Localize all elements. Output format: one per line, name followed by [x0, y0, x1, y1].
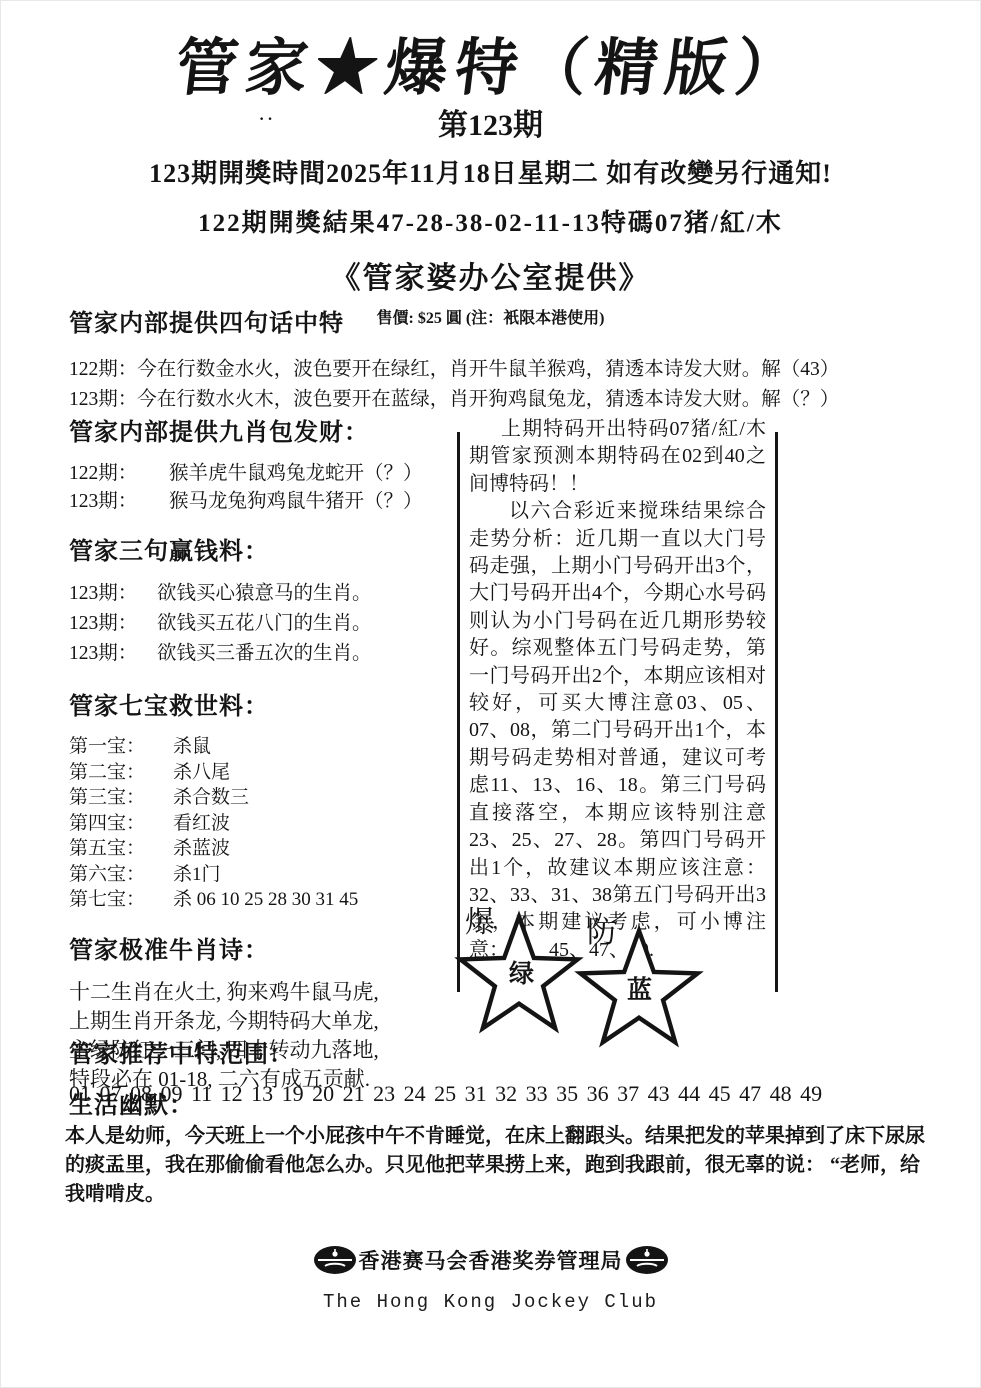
org-name: 香港赛马会香港奖券管理局 [359, 1245, 623, 1275]
three-win-row: 123期： 欲钱买三番五次的生肖。 [69, 639, 459, 669]
period-label: 123期： [69, 579, 157, 609]
issue-number: 第123期 [1, 109, 980, 143]
jockey-club-logo-right-icon [624, 1243, 670, 1277]
section-recommend-range: 管家推荐中特范围： 01 07 08 09 11 12 13 19 20 21 … [69, 1034, 949, 1107]
page-title: 管家★爆特（精版） [0, 29, 981, 109]
treasure-value: 杀合数三 [173, 785, 249, 811]
analysis-paragraph: 上期特码开出特码07猪/紅/木期管家预测本期特码在02到40之间博特码！！ [469, 416, 766, 498]
star-inner-label: 绿 [509, 962, 534, 987]
treasure-value: 杀1门 [173, 862, 221, 888]
period-label: 123期： [69, 488, 169, 516]
seven-treasure-heading: 管家七宝救世料： [69, 686, 459, 721]
draw-time-line: 123期開獎時間2025年11月18日星期二 如有改變另行通知! [1, 153, 980, 190]
nine-zodiac-heading: 管家内部提供九肖包发财： [69, 412, 459, 447]
period-label: 123期： [69, 609, 157, 639]
nine-zodiac-row: 122期： 猴羊虎牛鼠鸡兔龙蛇开（？） [69, 460, 459, 488]
club-english-name: The Hong Kong Jockey Club [1, 1291, 980, 1313]
treasure-value: 杀鼠 [173, 734, 211, 760]
poem-line: 十二生肖在火土, 狗来鸡牛鼠马虎, [69, 978, 459, 1007]
last-result-line: 122期開獎結果47-28-38-02-11-13特碼07猪/紅/木 [1, 203, 980, 239]
star-outer-label: 防 [587, 918, 617, 948]
treasure-value: 杀蓝波 [173, 836, 230, 862]
poem-line: 上期生肖开条龙, 今期特码大单龙, [69, 1007, 459, 1036]
left-column: 管家内部提供九肖包发财： 122期： 猴羊虎牛鼠鸡兔龙蛇开（？） 123期： 猴… [69, 412, 459, 1094]
tip-text: 欲钱买三番五次的生肖。 [157, 639, 372, 669]
humor-heading: 生活幽默： [69, 1085, 194, 1120]
period-label: 122期： [69, 460, 169, 488]
treasure-row: 第四宝： 看红波 [69, 811, 459, 837]
jockey-club-logo-left-icon [312, 1243, 358, 1277]
header: 管家★爆特（精版） 第123期 123期開獎時間2025年11月18日星期二 如… [1, 1, 980, 328]
treasure-value: 杀 06 10 25 28 30 31 45 [173, 887, 358, 913]
section-three-win: 管家三句赢钱料： 123期： 欲钱买心猿意马的生肖。 123期： 欲钱买五花八门… [69, 531, 459, 669]
three-win-heading: 管家三句赢钱料： [69, 531, 459, 566]
treasure-row: 第七宝： 杀 06 10 25 28 30 31 45 [69, 887, 459, 913]
treasure-label: 第五宝： [69, 836, 173, 862]
section-four-sentence: 管家内部提供四句话中特 122期：今在行数金水火，波色要开在绿红，肖开牛鼠羊猴鸡… [69, 303, 944, 415]
three-win-row: 123期： 欲钱买五花八门的生肖。 [69, 609, 459, 639]
analysis-column: 上期特码开出特码07猪/紅/木期管家预测本期特码在02到40之间博特码！！ 以六… [457, 414, 778, 1064]
analysis-paragraph: 以六合彩近来搅珠结果综合走势分析：近几期一直以大门号码走强，上期小门号码开出3个… [469, 498, 766, 964]
treasure-label: 第六宝： [69, 862, 173, 888]
treasure-label: 第二宝： [69, 760, 173, 786]
treasure-label: 第一宝： [69, 734, 173, 760]
treasure-label: 第三宝： [69, 785, 173, 811]
treasure-row: 第一宝： 杀鼠 [69, 734, 459, 760]
four-sentence-heading: 管家内部提供四句话中特 [69, 303, 944, 338]
zodiac-list: 猴马龙兔狗鸡鼠牛猪开（？） [169, 488, 423, 516]
treasure-row: 第二宝： 杀八尾 [69, 760, 459, 786]
treasure-row: 第三宝： 杀合数三 [69, 785, 459, 811]
star-inner-label: 蓝 [627, 978, 652, 1003]
ink-dots: ·· [259, 111, 276, 129]
provider-line: 《管家婆办公室提供》 [1, 253, 980, 297]
treasure-label: 第四宝： [69, 811, 173, 837]
nine-zodiac-row: 123期： 猴马龙兔狗鸡鼠牛猪开（？） [69, 488, 459, 516]
star-outer-label: 爆 [465, 908, 495, 938]
section-seven-treasure: 管家七宝救世料： 第一宝： 杀鼠 第二宝： 杀八尾 第三宝： 杀合数三 第四宝：… [69, 686, 459, 913]
treasure-label: 第七宝： [69, 887, 173, 913]
three-win-row: 123期： 欲钱买心猿意马的生肖。 [69, 579, 459, 609]
tip-text: 欲钱买心猿意马的生肖。 [157, 579, 372, 609]
jockey-club-row: 香港赛马会香港奖券管理局 [312, 1243, 670, 1277]
zodiac-poem-heading: 管家极准牛肖诗： [69, 930, 459, 965]
recommend-numbers: 01 07 08 09 11 12 13 19 20 21 23 24 25 3… [69, 1081, 949, 1107]
section-nine-zodiac: 管家内部提供九肖包发财： 122期： 猴羊虎牛鼠鸡兔龙蛇开（？） 123期： 猴… [69, 412, 459, 516]
treasure-row: 第六宝： 杀1门 [69, 862, 459, 888]
treasure-value: 看红波 [173, 811, 230, 837]
treasure-value: 杀八尾 [173, 760, 230, 786]
four-sentence-row: 122期：今在行数金水火，波色要开在绿红，肖开牛鼠羊猴鸡，猜透本诗发大财。解（4… [69, 355, 944, 385]
humor-text: 本人是幼师，今天班上一个小屁孩中午不肯睡觉，在床上翻跟头。结果把发的苹果掉到了床… [65, 1122, 931, 1209]
treasure-row: 第五宝： 杀蓝波 [69, 836, 459, 862]
zodiac-list: 猴羊虎牛鼠鸡兔龙蛇开（？） [169, 460, 423, 488]
lottery-tip-sheet: 管家★爆特（精版） 第123期 123期開獎時間2025年11月18日星期二 如… [0, 0, 981, 1388]
four-sentence-row: 123期：今在行数水火木，波色要开在蓝绿，肖开狗鸡鼠兔龙，猜透本诗发大财。解（？… [69, 385, 944, 415]
tip-text: 欲钱买五花八门的生肖。 [157, 609, 372, 639]
period-label: 123期： [69, 639, 157, 669]
recommend-heading: 管家推荐中特范围： [69, 1034, 949, 1069]
footer: 香港赛马会香港奖券管理局 The Hong Kong Jockey Club [1, 1243, 980, 1313]
